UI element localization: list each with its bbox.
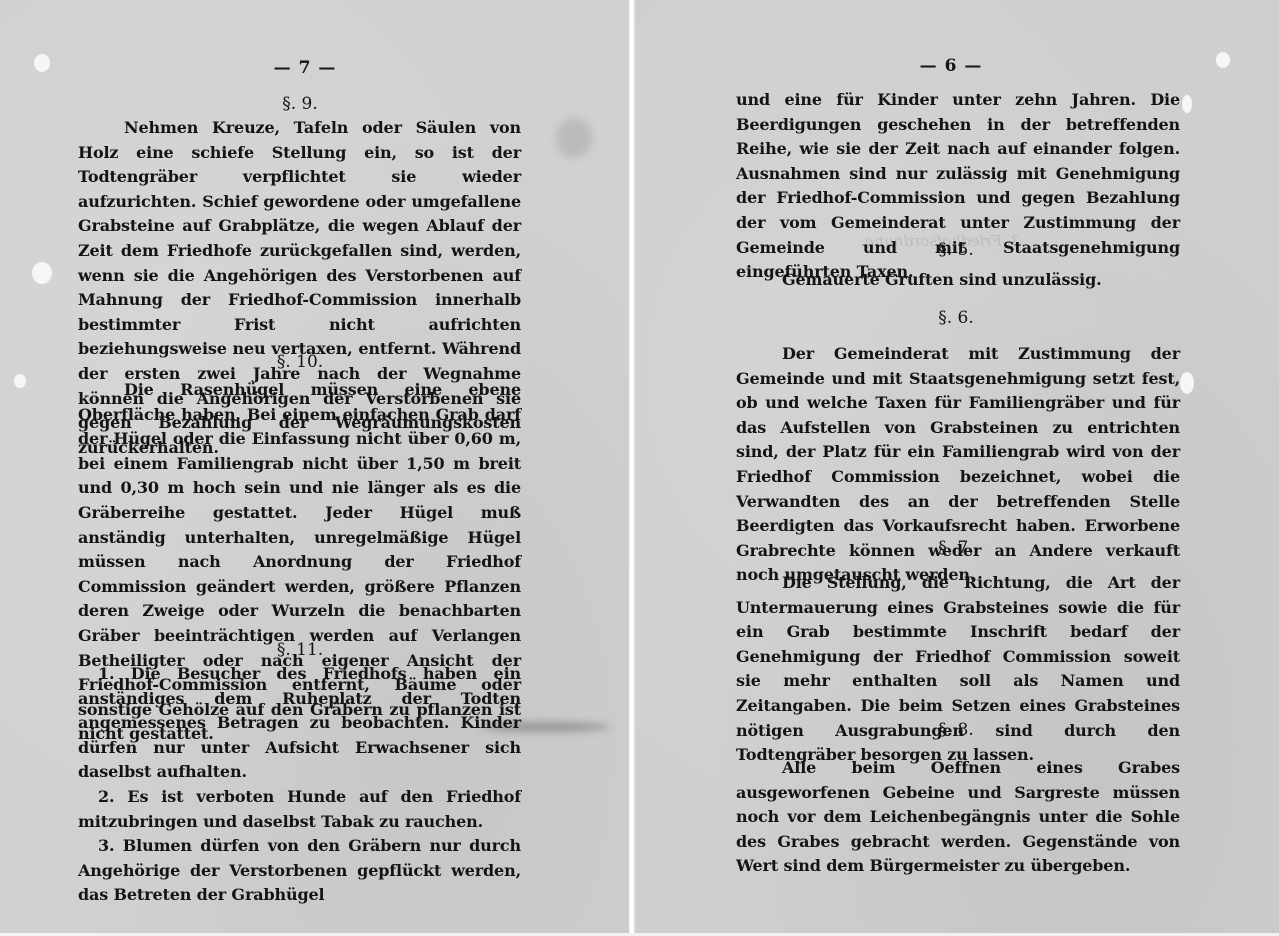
section-body: Alle beim Oeffnen eines Grabes ausgeworf… <box>736 756 1180 879</box>
numbered-item: 3. Blumen dürfen von den Gräbern nur dur… <box>78 834 521 908</box>
punch-hole <box>32 262 52 284</box>
numbered-item: 2. Es ist verboten Hunde auf den Friedho… <box>78 785 521 834</box>
right-page: 3. Friedhofsordnung. — 6 — und eine für … <box>636 0 1279 936</box>
section-body: Gemauerte Gruften sind unzulässig. <box>736 268 1180 293</box>
page-gutter <box>628 0 636 936</box>
punch-hole <box>1216 52 1230 68</box>
left-page: — 7 — §. 9. Nehmen Kreuze, Tafeln oder S… <box>0 0 628 936</box>
section-heading: §. 9. <box>60 94 540 114</box>
section-heading: §. 6. <box>716 308 1196 328</box>
scanned-document-spread: — 7 — §. 9. Nehmen Kreuze, Tafeln oder S… <box>0 0 1279 936</box>
section-heading: §. 7. <box>716 538 1196 558</box>
section-heading: §. 5. <box>716 240 1196 260</box>
punch-hole <box>1182 95 1192 113</box>
stain <box>556 118 592 158</box>
section-heading: §. 10. <box>60 352 540 372</box>
section-heading: §. 8. <box>716 720 1196 740</box>
section-heading: §. 11. <box>60 640 540 660</box>
punch-hole <box>1180 372 1194 394</box>
paragraph: Gemauerte Gruften sind unzulässig. <box>736 268 1180 293</box>
punch-hole <box>34 54 50 72</box>
page-number: — 6 — <box>886 56 1016 76</box>
punch-hole <box>14 374 26 388</box>
numbered-item: 1. Die Besucher des Friedhofs haben ein … <box>78 662 521 785</box>
page-number: — 7 — <box>240 58 370 78</box>
paragraph: Alle beim Oeffnen eines Grabes ausgeworf… <box>736 756 1180 879</box>
section-body: 1. Die Besucher des Friedhofs haben ein … <box>78 662 521 908</box>
